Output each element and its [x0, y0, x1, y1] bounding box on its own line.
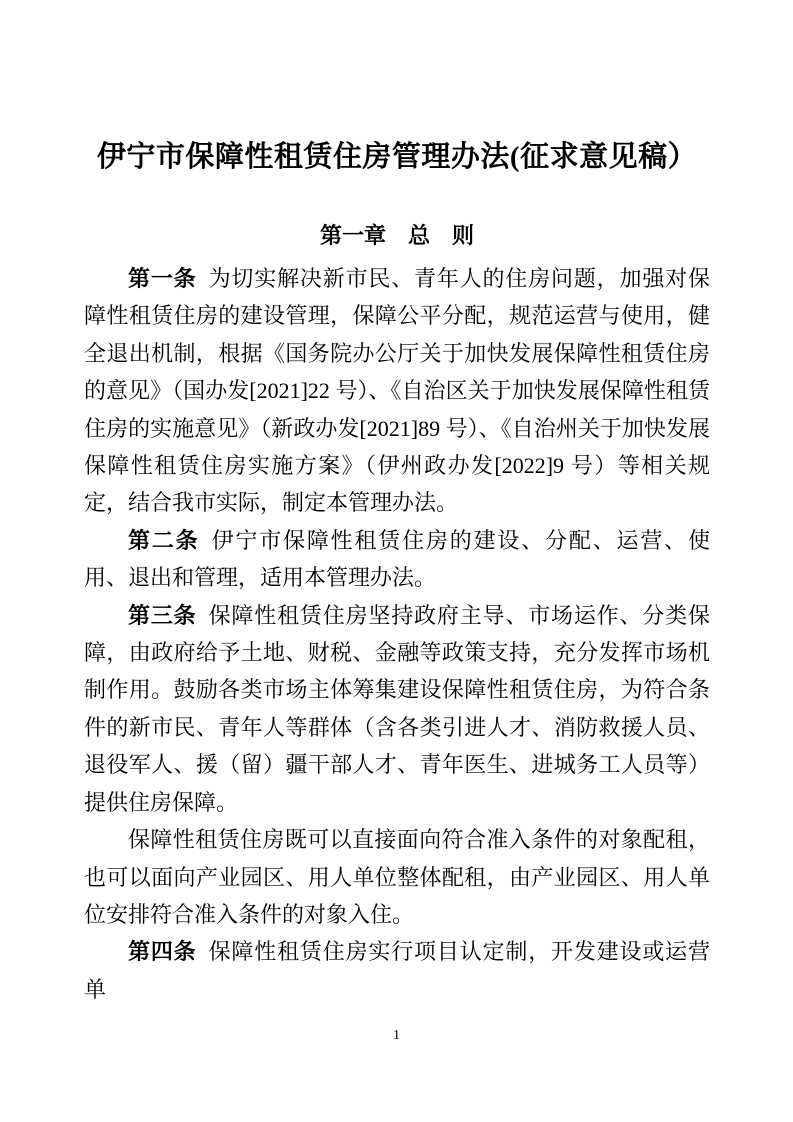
- article-3-label: 第三条: [128, 603, 197, 628]
- chapter-heading: 第一章 总 则: [84, 221, 710, 251]
- page-number: 1: [0, 1026, 793, 1046]
- article-4-label: 第四条: [128, 939, 197, 964]
- article-2-label: 第二条: [128, 528, 199, 553]
- article-1-label: 第一条: [128, 266, 197, 291]
- paragraph-article-1: 第一条为切实解决新市民、青年人的住房问题，加强对保障性租赁住房的建设管理，保障公…: [84, 260, 710, 522]
- document-page: 伊宁市保障性租赁住房管理办法(征求意见稿） 第一章 总 则 第一条为切实解决新市…: [0, 0, 793, 1122]
- paragraph-article-2: 第二条伊宁市保障性租赁住房的建设、分配、运营、使用、退出和管理，适用本管理办法。: [84, 522, 710, 597]
- article-1-text: 为切实解决新市民、青年人的住房问题，加强对保障性租赁住房的建设管理，保障公平分配…: [84, 266, 710, 515]
- document-title: 伊宁市保障性租赁住房管理办法(征求意见稿）: [84, 137, 710, 177]
- document-body: 第一条为切实解决新市民、青年人的住房问题，加强对保障性租赁住房的建设管理，保障公…: [84, 260, 710, 1008]
- paragraph-article-4: 第四条保障性租赁住房实行项目认定制，开发建设或运营单: [84, 933, 710, 1008]
- article-3-continued-text: 保障性租赁住房既可以直接面向符合准入条件的对象配租，也可以面向产业园区、用人单位…: [84, 827, 710, 927]
- paragraph-article-3-continued: 保障性租赁住房既可以直接面向符合准入条件的对象配租，也可以面向产业园区、用人单位…: [84, 821, 710, 933]
- article-3-text: 保障性租赁住房坚持政府主导、市场运作、分类保障，由政府给予土地、财税、金融等政策…: [84, 603, 710, 815]
- paragraph-article-3: 第三条保障性租赁住房坚持政府主导、市场运作、分类保障，由政府给予土地、财税、金融…: [84, 597, 710, 821]
